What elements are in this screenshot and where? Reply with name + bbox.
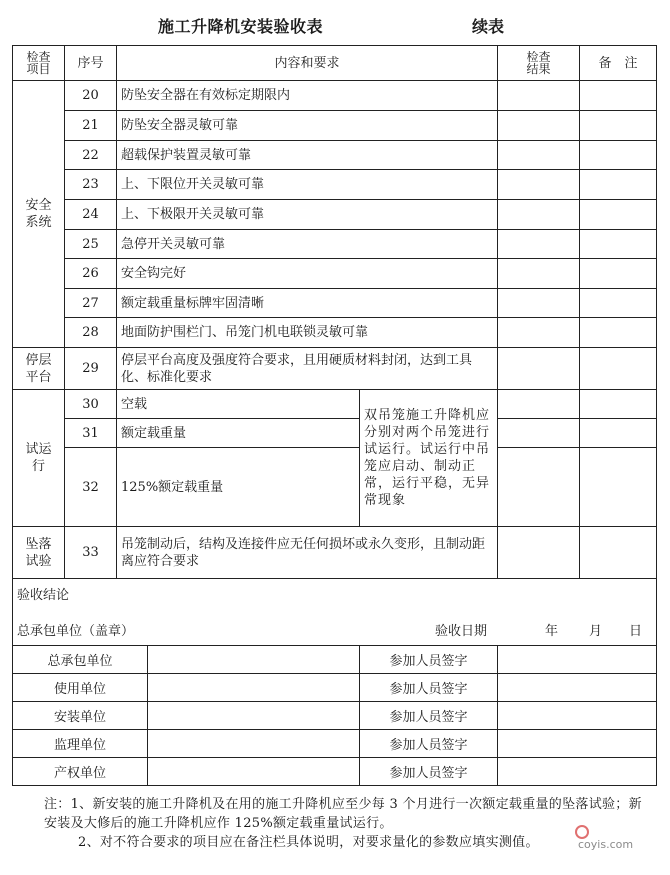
unit-label: 使用单位: [13, 674, 148, 702]
table-row: 31 额定载重量: [13, 419, 657, 448]
table-row: 32 125%额定载重量: [13, 448, 657, 527]
remark-cell[interactable]: [580, 419, 657, 448]
header-number: 序号: [65, 46, 117, 81]
table-row: 安全 系统 20 防坠安全器在有效标定期限内: [13, 81, 657, 111]
result-cell[interactable]: [498, 200, 580, 230]
table-row: 25 急停开关灵敏可靠: [13, 230, 657, 259]
row-number: 29: [65, 348, 117, 390]
unit-value-field[interactable]: [148, 646, 360, 674]
category-line2: 行: [17, 458, 60, 475]
row-content: 空载: [117, 390, 360, 419]
page-title: 施工升降机安装验收表: [158, 14, 323, 37]
result-cell[interactable]: [498, 448, 580, 527]
sign-value-field[interactable]: [498, 674, 657, 702]
category-line2: 平台: [17, 369, 60, 386]
inspection-table: 检查 项目 序号 内容和要求 检查 结果 备 注 安全 系统 20 防坠安全器在…: [12, 45, 657, 646]
footnote-1: 注：1、新安装的施工升降机及在用的施工升降机应至少每 3 个月进行一次额定载重量…: [44, 795, 644, 833]
row-number: 30: [65, 390, 117, 419]
category-trial-run: 试运 行: [13, 390, 65, 527]
category-line1: 坠落: [17, 536, 60, 553]
conclusion-row: 验收结论 总承包单位（盖章） 验收日期 年 月 日: [13, 579, 657, 646]
table-header-row: 检查 项目 序号 内容和要求 检查 结果 备 注: [13, 46, 657, 81]
remark-cell[interactable]: [580, 259, 657, 289]
sign-value-field[interactable]: [498, 646, 657, 674]
category-line1: 试运: [17, 441, 60, 458]
row-number: 28: [65, 318, 117, 348]
result-cell[interactable]: [498, 527, 580, 579]
footnote-2: 2、对不符合要求的项目应在备注栏具体说明，对要求量化的参数应填实测值。: [44, 833, 644, 852]
table-row: 28 地面防护围栏门、吊笼门机电联锁灵敏可靠: [13, 318, 657, 348]
row-number: 33: [65, 527, 117, 579]
header-category-line2: 项目: [17, 63, 60, 75]
trial-run-note: 双吊笼施工升降机应分别对两个吊笼进行试运行。试运行中吊笼应启动、制动正常，运行平…: [360, 390, 498, 527]
continuation-label: 续表: [472, 14, 504, 37]
unit-label: 总承包单位: [13, 646, 148, 674]
watermark-logo-icon: [575, 825, 589, 839]
title-row: 施工升降机安装验收表 续表: [0, 14, 670, 40]
signature-row: 总承包单位 参加人员签字: [13, 646, 657, 674]
row-number: 26: [65, 259, 117, 289]
row-number: 21: [65, 111, 117, 141]
unit-value-field[interactable]: [148, 730, 360, 758]
row-content: 上、下极限开关灵敏可靠: [117, 200, 498, 230]
row-number: 23: [65, 170, 117, 200]
table-row: 试运 行 30 空载 双吊笼施工升降机应分别对两个吊笼进行试运行。试运行中吊笼应…: [13, 390, 657, 419]
unit-value-field[interactable]: [148, 702, 360, 730]
result-cell[interactable]: [498, 170, 580, 200]
remark-cell[interactable]: [580, 527, 657, 579]
acceptance-date-label: 验收日期: [435, 623, 487, 640]
category-floor-platform: 停层 平台: [13, 348, 65, 390]
remark-cell[interactable]: [580, 111, 657, 141]
header-remark: 备 注: [580, 46, 657, 81]
row-content: 超载保护装置灵敏可靠: [117, 141, 498, 170]
remark-cell[interactable]: [580, 390, 657, 419]
sign-label: 参加人员签字: [360, 646, 498, 674]
result-cell[interactable]: [498, 289, 580, 318]
sign-label: 参加人员签字: [360, 674, 498, 702]
table-row: 23 上、下限位开关灵敏可靠: [13, 170, 657, 200]
sign-label: 参加人员签字: [360, 702, 498, 730]
result-cell[interactable]: [498, 259, 580, 289]
result-cell[interactable]: [498, 141, 580, 170]
header-category: 检查 项目: [13, 46, 65, 81]
table-row: 21 防坠安全器灵敏可靠: [13, 111, 657, 141]
row-content: 防坠安全器灵敏可靠: [117, 111, 498, 141]
sign-value-field[interactable]: [498, 758, 657, 786]
sign-value-field[interactable]: [498, 702, 657, 730]
header-result: 检查 结果: [498, 46, 580, 81]
table-row: 22 超载保护装置灵敏可靠: [13, 141, 657, 170]
conclusion-content: 验收结论 总承包单位（盖章） 验收日期 年 月 日: [17, 587, 652, 638]
signature-row: 产权单位 参加人员签字: [13, 758, 657, 786]
row-content: 额定载重量标牌牢固清晰: [117, 289, 498, 318]
row-number: 22: [65, 141, 117, 170]
table-row: 27 额定载重量标牌牢固清晰: [13, 289, 657, 318]
stamp-label: 总承包单位（盖章）: [17, 623, 134, 640]
row-content: 急停开关灵敏可靠: [117, 230, 498, 259]
row-content: 额定载重量: [117, 419, 360, 448]
watermark: coyis.com: [578, 838, 633, 851]
row-number: 32: [65, 448, 117, 527]
row-number: 31: [65, 419, 117, 448]
result-cell[interactable]: [498, 111, 580, 141]
header-content: 内容和要求: [117, 46, 498, 81]
remark-cell[interactable]: [580, 200, 657, 230]
signature-row: 监理单位 参加人员签字: [13, 730, 657, 758]
unit-label: 安装单位: [13, 702, 148, 730]
conclusion-label: 验收结论: [17, 587, 69, 604]
header-result-line2: 结果: [502, 63, 575, 75]
remark-cell[interactable]: [580, 448, 657, 527]
date-year: 年: [545, 623, 558, 640]
footnote: 注：1、新安装的施工升降机及在用的施工升降机应至少每 3 个月进行一次额定载重量…: [44, 795, 644, 852]
remark-cell[interactable]: [580, 348, 657, 390]
remark-cell[interactable]: [580, 230, 657, 259]
sign-value-field[interactable]: [498, 730, 657, 758]
category-line2: 试验: [17, 553, 60, 570]
category-drop-test: 坠落 试验: [13, 527, 65, 579]
row-content: 停层平台高度及强度符合要求，且用硬质材料封闭，达到工具化、标准化要求: [117, 348, 498, 390]
sign-label: 参加人员签字: [360, 730, 498, 758]
result-cell[interactable]: [498, 348, 580, 390]
conclusion-cell[interactable]: 验收结论 总承包单位（盖章） 验收日期 年 月 日: [13, 579, 657, 646]
unit-value-field[interactable]: [148, 674, 360, 702]
table-row: 坠落 试验 33 吊笼制动后，结构及连接件应无任何损坏或永久变形，且制动距离应符…: [13, 527, 657, 579]
unit-value-field[interactable]: [148, 758, 360, 786]
remark-cell[interactable]: [580, 289, 657, 318]
signature-row: 安装单位 参加人员签字: [13, 702, 657, 730]
row-content: 防坠安全器在有效标定期限内: [117, 81, 498, 111]
signature-row: 使用单位 参加人员签字: [13, 674, 657, 702]
unit-label: 监理单位: [13, 730, 148, 758]
signature-table: 总承包单位 参加人员签字 使用单位 参加人员签字 安装单位 参加人员签字 监理单…: [12, 645, 657, 786]
table-row: 24 上、下极限开关灵敏可靠: [13, 200, 657, 230]
row-number: 20: [65, 81, 117, 111]
category-safety-system: 安全 系统: [13, 81, 65, 348]
row-content: 上、下限位开关灵敏可靠: [117, 170, 498, 200]
category-line1: 停层: [17, 352, 60, 369]
remark-cell[interactable]: [580, 141, 657, 170]
table-row: 26 安全钩完好: [13, 259, 657, 289]
result-cell[interactable]: [498, 390, 580, 419]
table-row: 停层 平台 29 停层平台高度及强度符合要求，且用硬质材料封闭，达到工具化、标准…: [13, 348, 657, 390]
row-content: 125%额定载重量: [117, 448, 360, 527]
result-cell[interactable]: [498, 230, 580, 259]
row-content: 吊笼制动后，结构及连接件应无任何损坏或永久变形，且制动距离应符合要求: [117, 527, 498, 579]
category-line1: 安全: [17, 197, 60, 214]
sign-label: 参加人员签字: [360, 758, 498, 786]
result-cell[interactable]: [498, 318, 580, 348]
row-content: 安全钩完好: [117, 259, 498, 289]
result-cell[interactable]: [498, 419, 580, 448]
remark-cell[interactable]: [580, 318, 657, 348]
row-number: 24: [65, 200, 117, 230]
row-number: 27: [65, 289, 117, 318]
remark-cell[interactable]: [580, 170, 657, 200]
row-number: 25: [65, 230, 117, 259]
date-day: 日: [629, 623, 642, 640]
category-line2: 系统: [17, 214, 60, 231]
unit-label: 产权单位: [13, 758, 148, 786]
result-cell[interactable]: [498, 81, 580, 111]
remark-cell[interactable]: [580, 81, 657, 111]
date-month: 月: [589, 623, 602, 640]
row-content: 地面防护围栏门、吊笼门机电联锁灵敏可靠: [117, 318, 498, 348]
